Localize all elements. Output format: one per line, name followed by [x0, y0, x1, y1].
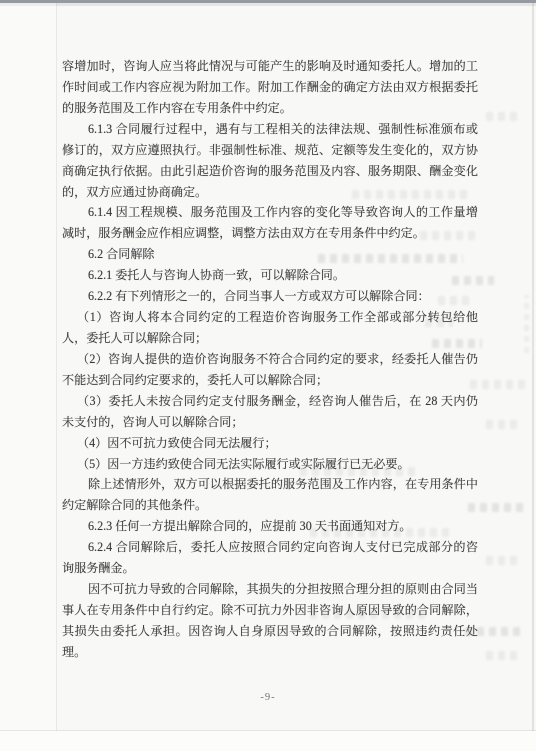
text-line: 不能达到合同约定要求的，委托人可以解除合同；: [62, 370, 478, 391]
text-line: 询服务酬金。: [62, 558, 478, 579]
scan-top-edge-shadow: [0, 3, 536, 6]
text-line: 修订的，双方应遵照执行。非强制性标准、规范、定额等发生变化的，双方协: [62, 140, 478, 161]
text-line: 事人在专用条件中自行约定。除不可抗力外因非咨询人原因导致的合同解除，: [62, 600, 478, 621]
clause-6-2-3: 6.2.3 任何一方提出解除合同的，应提前 30 天书面通知对方。: [62, 516, 478, 537]
clause-6-1-3: 6.1.3 合同履行过程中，遇有与工程相关的法律法规、强制性标准颁布或: [62, 119, 478, 140]
scanned-document-page: 容增加时，咨询人应当将此情况与可能产生的影响及时通知委托人。增加的工 作时间或工…: [0, 0, 536, 751]
bleed-through-mark: [486, 556, 522, 565]
text-line: 减时，服务酬金应作相应调整，调整方法由双方在专用条件中约定。: [62, 223, 478, 244]
text-line: 人，委托人可以解除合同；: [62, 328, 478, 349]
bleed-through-mark: [486, 651, 522, 660]
text-line: 的服务范围及工作内容在专用条件中约定。: [62, 98, 478, 119]
text-line: 其损失由委托人承担。因咨询人自身原因导致的合同解除，按照违约责任处: [62, 621, 478, 642]
scan-left-margin: [0, 3, 56, 751]
bleed-through-mark: [486, 420, 522, 429]
text-line: 约定解除合同的其他条件。: [62, 495, 478, 516]
document-body: 容增加时，咨询人应当将此情况与可能产生的影响及时通知委托人。增加的工 作时间或工…: [62, 56, 478, 663]
clause-6-2-4: 6.2.4 合同解除后，委托人应按照合同约定向咨询人支付已完成部分的咨: [62, 537, 478, 558]
clause-6-2-1: 6.2.1 委托人与咨询人协商一致，可以解除合同。: [62, 265, 478, 286]
text-line: 作时间或工作内容应视为附加工作。附加工作酬金的确定方法由双方根据委托: [62, 77, 478, 98]
section-heading-6-2: 6.2 合同解除: [62, 244, 478, 265]
text-line: 除上述情形外，双方可以根据委托的服务范围及工作内容，在专用条件中: [62, 474, 478, 495]
text-line: 理。: [62, 642, 478, 663]
list-item-2: （2）咨询人提供的造价咨询服务不符合合同约定的要求，经委托人催告仍: [62, 349, 478, 370]
list-item-3: （3）委托人未按合同约定支付服务酬金，经咨询人催告后，在 28 天内仍: [62, 391, 478, 412]
scan-right-edge: [532, 3, 534, 731]
list-item-5: （5）因一方违约致使合同无法实际履行或实际履行已无必要。: [62, 454, 478, 475]
bleed-through-mark: [524, 295, 529, 353]
text-line: 的，双方应通过协商确定。: [62, 182, 478, 203]
bleed-through-mark: [470, 380, 525, 389]
text-line: 因不可抗力导致的合同解除，其损失的分担按照合理分担的原则由合同当: [62, 579, 478, 600]
text-line: 容增加时，咨询人应当将此情况与可能产生的影响及时通知委托人。增加的工: [62, 56, 478, 77]
bleed-through-mark: [486, 112, 522, 121]
list-item-4: （4）因不可抗力致使合同无法履行；: [62, 433, 478, 454]
text-line: 商确定执行依据。由此引起造价咨询的服务范围及内容、服务期限、酬金变化: [62, 161, 478, 182]
scan-left-crease: [56, 3, 57, 751]
scan-bottom-margin: [0, 731, 536, 751]
clause-6-2-2: 6.2.2 有下列情形之一的，合同当事人一方或双方可以解除合同：: [62, 286, 478, 307]
page-number: -9-: [0, 692, 536, 703]
list-item-1: （1）咨询人将本合同约定的工程造价咨询服务工作全部或部分转包给他: [62, 307, 478, 328]
clause-6-1-4: 6.1.4 因工程规模、服务范围及工作内容的变化等导致咨询人的工作量增: [62, 202, 478, 223]
text-line: 未支付的，咨询人可以解除合同；: [62, 412, 478, 433]
